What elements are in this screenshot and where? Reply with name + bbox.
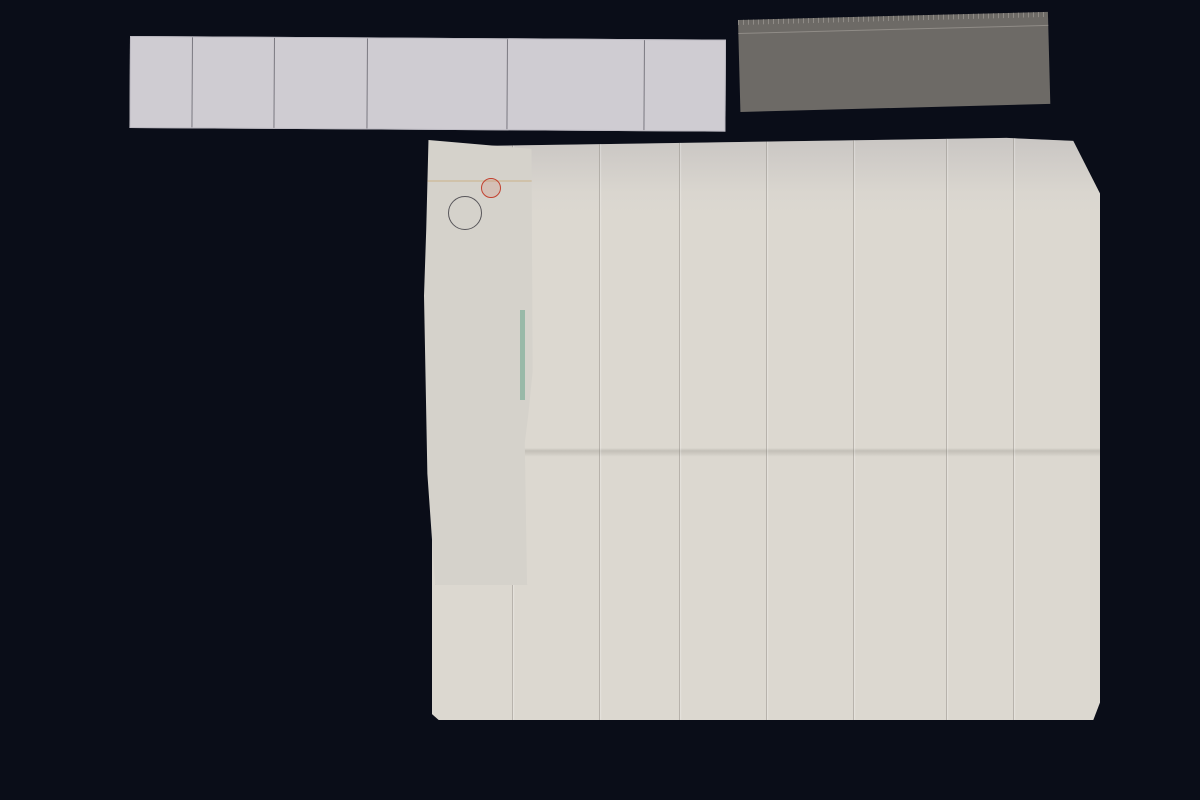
catalog-form xyxy=(507,39,645,130)
patch-labels xyxy=(741,51,1047,59)
centimeter-ruler xyxy=(738,12,1048,34)
chart-brand-row xyxy=(743,34,1045,42)
fold-line xyxy=(679,135,680,720)
fold-line xyxy=(853,135,854,720)
red-seal-stamp xyxy=(481,178,501,198)
catalog-recipient xyxy=(368,38,508,129)
color-patches xyxy=(741,59,1048,112)
color-control-chart xyxy=(738,12,1050,112)
catalog-id xyxy=(130,37,192,127)
fold-line xyxy=(946,135,947,720)
catalog-title xyxy=(192,37,274,127)
envelope-flap xyxy=(424,162,536,182)
catalog-size xyxy=(645,40,725,130)
postmark-stamp xyxy=(448,196,482,230)
catalog-label xyxy=(129,36,726,132)
envelope xyxy=(424,140,536,585)
fold-line xyxy=(1013,135,1014,720)
fold-line xyxy=(766,135,767,720)
folded-letter-sheet xyxy=(432,135,1100,720)
fold-line xyxy=(599,135,600,720)
catalog-sender xyxy=(274,38,368,129)
letter-document xyxy=(424,135,1100,720)
green-paper-tab xyxy=(520,310,525,400)
